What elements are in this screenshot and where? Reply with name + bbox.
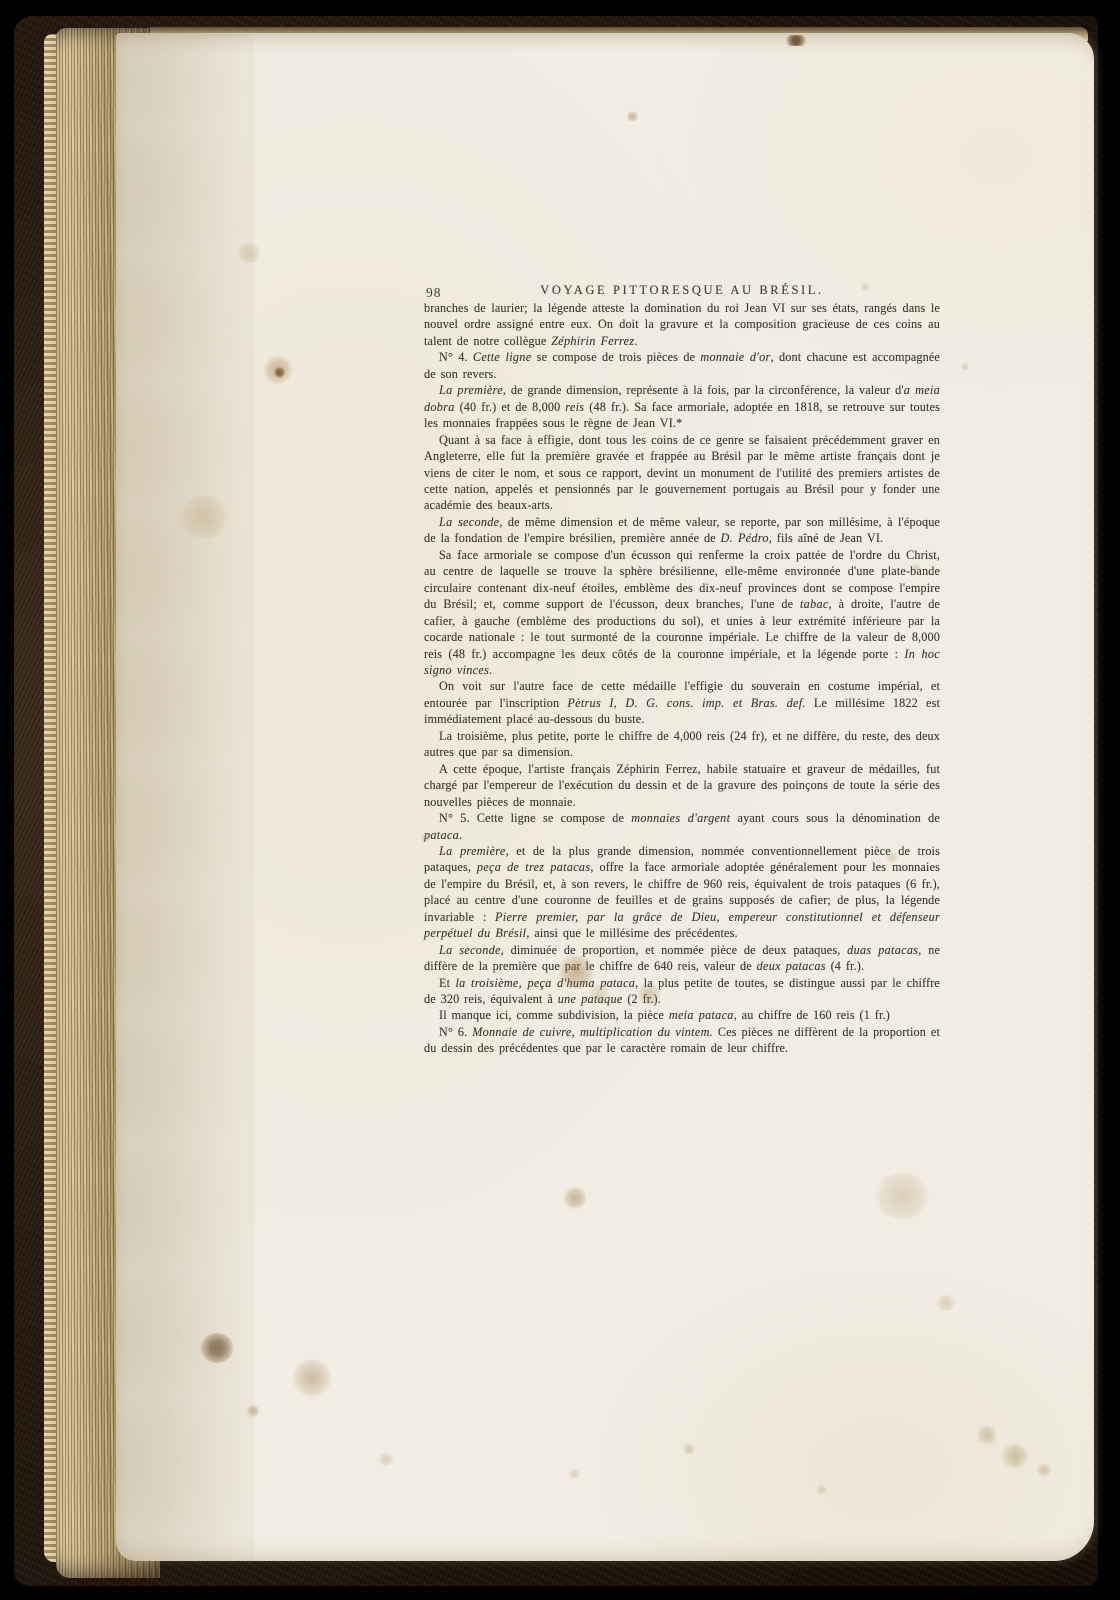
paragraph: Quant à sa face à effigie, dont tous les… <box>424 432 940 514</box>
paragraph: N° 4. Cette ligne se compose de trois pi… <box>424 349 940 382</box>
foxing-stain <box>178 495 230 539</box>
book-photo-scene: 98 VOYAGE PITTORESQUE AU BRÉSIL. branche… <box>0 0 1120 1600</box>
paragraph: On voit sur l'autre face de cette médail… <box>424 678 940 727</box>
foxing-stain <box>816 1485 827 1495</box>
paragraph: N° 6. Monnaie de cuivre, multiplication … <box>424 1024 940 1057</box>
paragraph: La troisième, plus petite, porte le chif… <box>424 728 940 761</box>
foxing-stain <box>961 363 969 371</box>
page-number: 98 <box>426 285 442 301</box>
foxing-stain <box>636 983 662 1005</box>
paragraph: La seconde, diminuée de proportion, et n… <box>424 942 940 975</box>
paragraph: La seconde, de même dimension et de même… <box>424 514 940 547</box>
paragraph: Et la troisième, peça d'huma pataca, la … <box>424 975 940 1008</box>
foxing-stain <box>886 851 898 863</box>
paragraph: Sa face armoriale se compose d'un écusso… <box>424 547 940 679</box>
foxing-stain <box>263 355 293 385</box>
foxing-stain <box>1000 1443 1030 1469</box>
foxing-stain <box>556 955 596 989</box>
foxing-stain <box>421 833 430 842</box>
paragraph: La première, et de la plus grande dimens… <box>424 843 940 942</box>
foxing-stain <box>378 1453 394 1466</box>
foxing-stain <box>246 1405 260 1417</box>
paragraph: A cette époque, l'artiste français Zéphi… <box>424 761 940 810</box>
foxing-stain <box>291 1359 333 1397</box>
foxing-stain <box>588 985 610 1003</box>
paragraph: branches de laurier; la légende atteste … <box>424 300 940 349</box>
foxing-stain <box>626 111 639 122</box>
book-page: 98 VOYAGE PITTORESQUE AU BRÉSIL. branche… <box>116 33 1094 1561</box>
paragraph: Il manque ici, comme subdivision, la piè… <box>424 1007 940 1023</box>
foxing-stain <box>861 283 869 291</box>
foxing-stain <box>872 1173 932 1219</box>
foxing-stain <box>784 35 808 46</box>
foxing-stain <box>1036 1463 1052 1477</box>
foxing-stain <box>236 243 262 263</box>
foxing-stain <box>562 1187 588 1209</box>
foxing-stain <box>682 1443 696 1455</box>
foxing-stain <box>911 563 921 573</box>
paragraph: N° 5. Cette ligne se compose de monnaies… <box>424 810 940 843</box>
foxing-stain <box>568 1469 580 1479</box>
foxing-stain <box>976 1425 998 1445</box>
paragraph: La première, de grande dimension, représ… <box>424 382 940 431</box>
foxing-stain <box>200 1333 234 1363</box>
foxing-stain <box>936 1295 956 1311</box>
text-block: branches de laurier; la légende atteste … <box>424 300 940 1057</box>
